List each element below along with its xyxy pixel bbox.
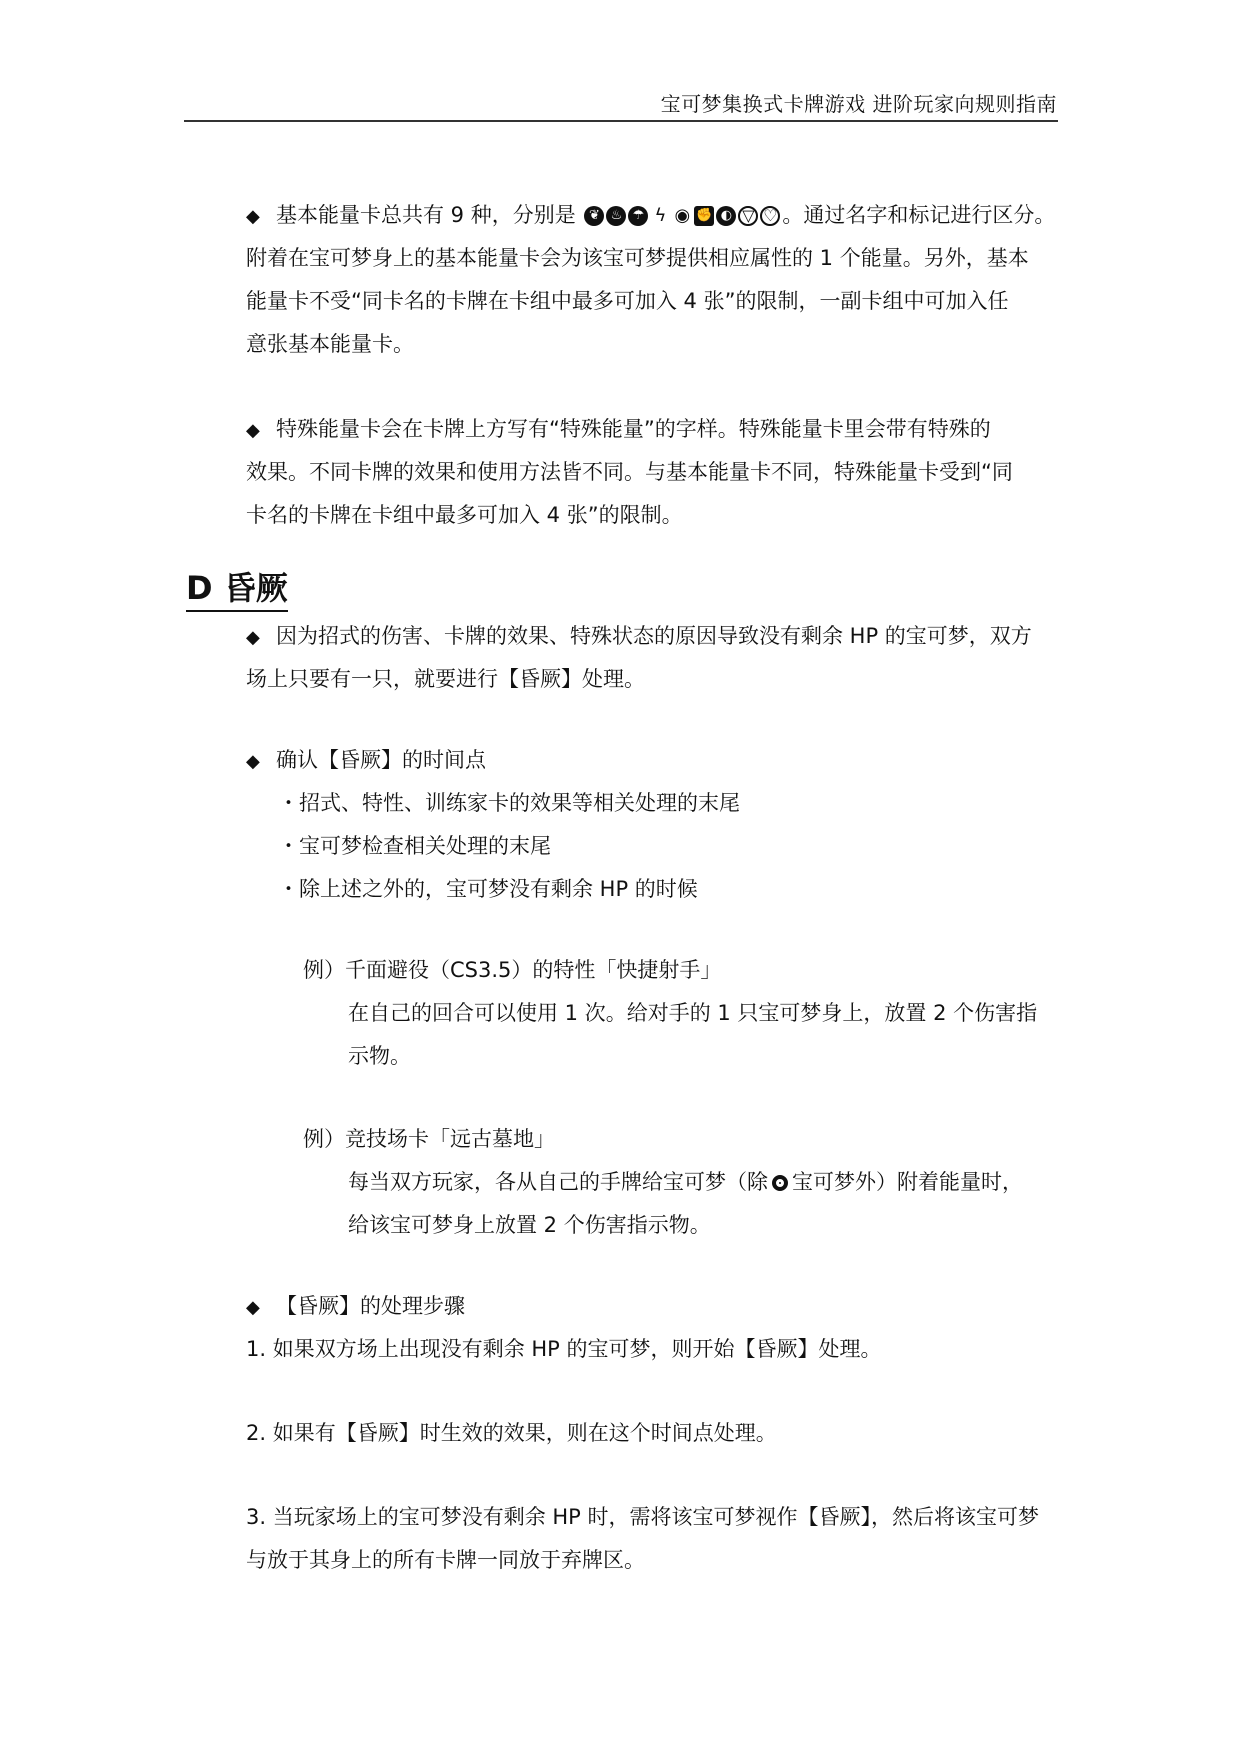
diamond-bullet-icon: ◆ bbox=[246, 417, 276, 445]
header-divider bbox=[184, 120, 1058, 122]
grass-energy-icon: ❦ bbox=[584, 206, 604, 226]
water-energy-icon: ☂ bbox=[628, 206, 648, 226]
steps-heading: 【昏厥】的处理步骤 bbox=[276, 1294, 465, 1318]
section-heading-knockout: D 昏厥 bbox=[186, 568, 288, 612]
energy-type-icons: ❦ ♨ ☂ ϟ ◉ ✊ ◐ ▽ ♡ bbox=[584, 206, 780, 226]
fire-energy-icon: ♨ bbox=[606, 206, 626, 226]
fairy-energy-icon: ♡ bbox=[760, 206, 780, 226]
example-title: 例）千面避役（CS3.5）的特性「快捷射手」 bbox=[303, 956, 721, 984]
diamond-bullet-icon: ◆ bbox=[246, 624, 276, 652]
psychic-energy-icon bbox=[772, 1175, 788, 1191]
timing-heading: 确认【昏厥】的时间点 bbox=[276, 748, 486, 772]
step-item: 3. 当玩家场上的宝可梦没有剩余 HP 时，需将该宝可梦视作【昏厥】，然后将该宝… bbox=[246, 1503, 1039, 1531]
example-title: 例）竞技场卡「远古墓地」 bbox=[303, 1125, 555, 1153]
metal-energy-icon: ▽ bbox=[738, 206, 758, 226]
darkness-energy-icon: ◐ bbox=[716, 206, 736, 226]
timing-item: ・宝可梦检查相关处理的末尾 bbox=[278, 832, 551, 860]
fighting-energy-icon: ✊ bbox=[694, 206, 714, 226]
lightning-energy-icon: ϟ bbox=[650, 206, 670, 226]
psychic-energy-icon: ◉ bbox=[672, 206, 692, 226]
step-item: 1. 如果双方场上出现没有剩余 HP 的宝可梦，则开始【昏厥】处理。 bbox=[246, 1335, 882, 1363]
diamond-bullet-icon: ◆ bbox=[246, 203, 276, 231]
step-item: 2. 如果有【昏厥】时生效的效果，则在这个时间点处理。 bbox=[246, 1419, 777, 1447]
diamond-bullet-icon: ◆ bbox=[246, 1294, 276, 1322]
timing-item: ・招式、特性、训练家卡的效果等相关处理的末尾 bbox=[278, 789, 740, 817]
diamond-bullet-icon: ◆ bbox=[246, 748, 276, 776]
timing-item: ・除上述之外的，宝可梦没有剩余 HP 的时候 bbox=[278, 875, 698, 903]
document-title: 宝可梦集换式卡牌游戏 进阶玩家向规则指南 bbox=[661, 88, 1057, 117]
